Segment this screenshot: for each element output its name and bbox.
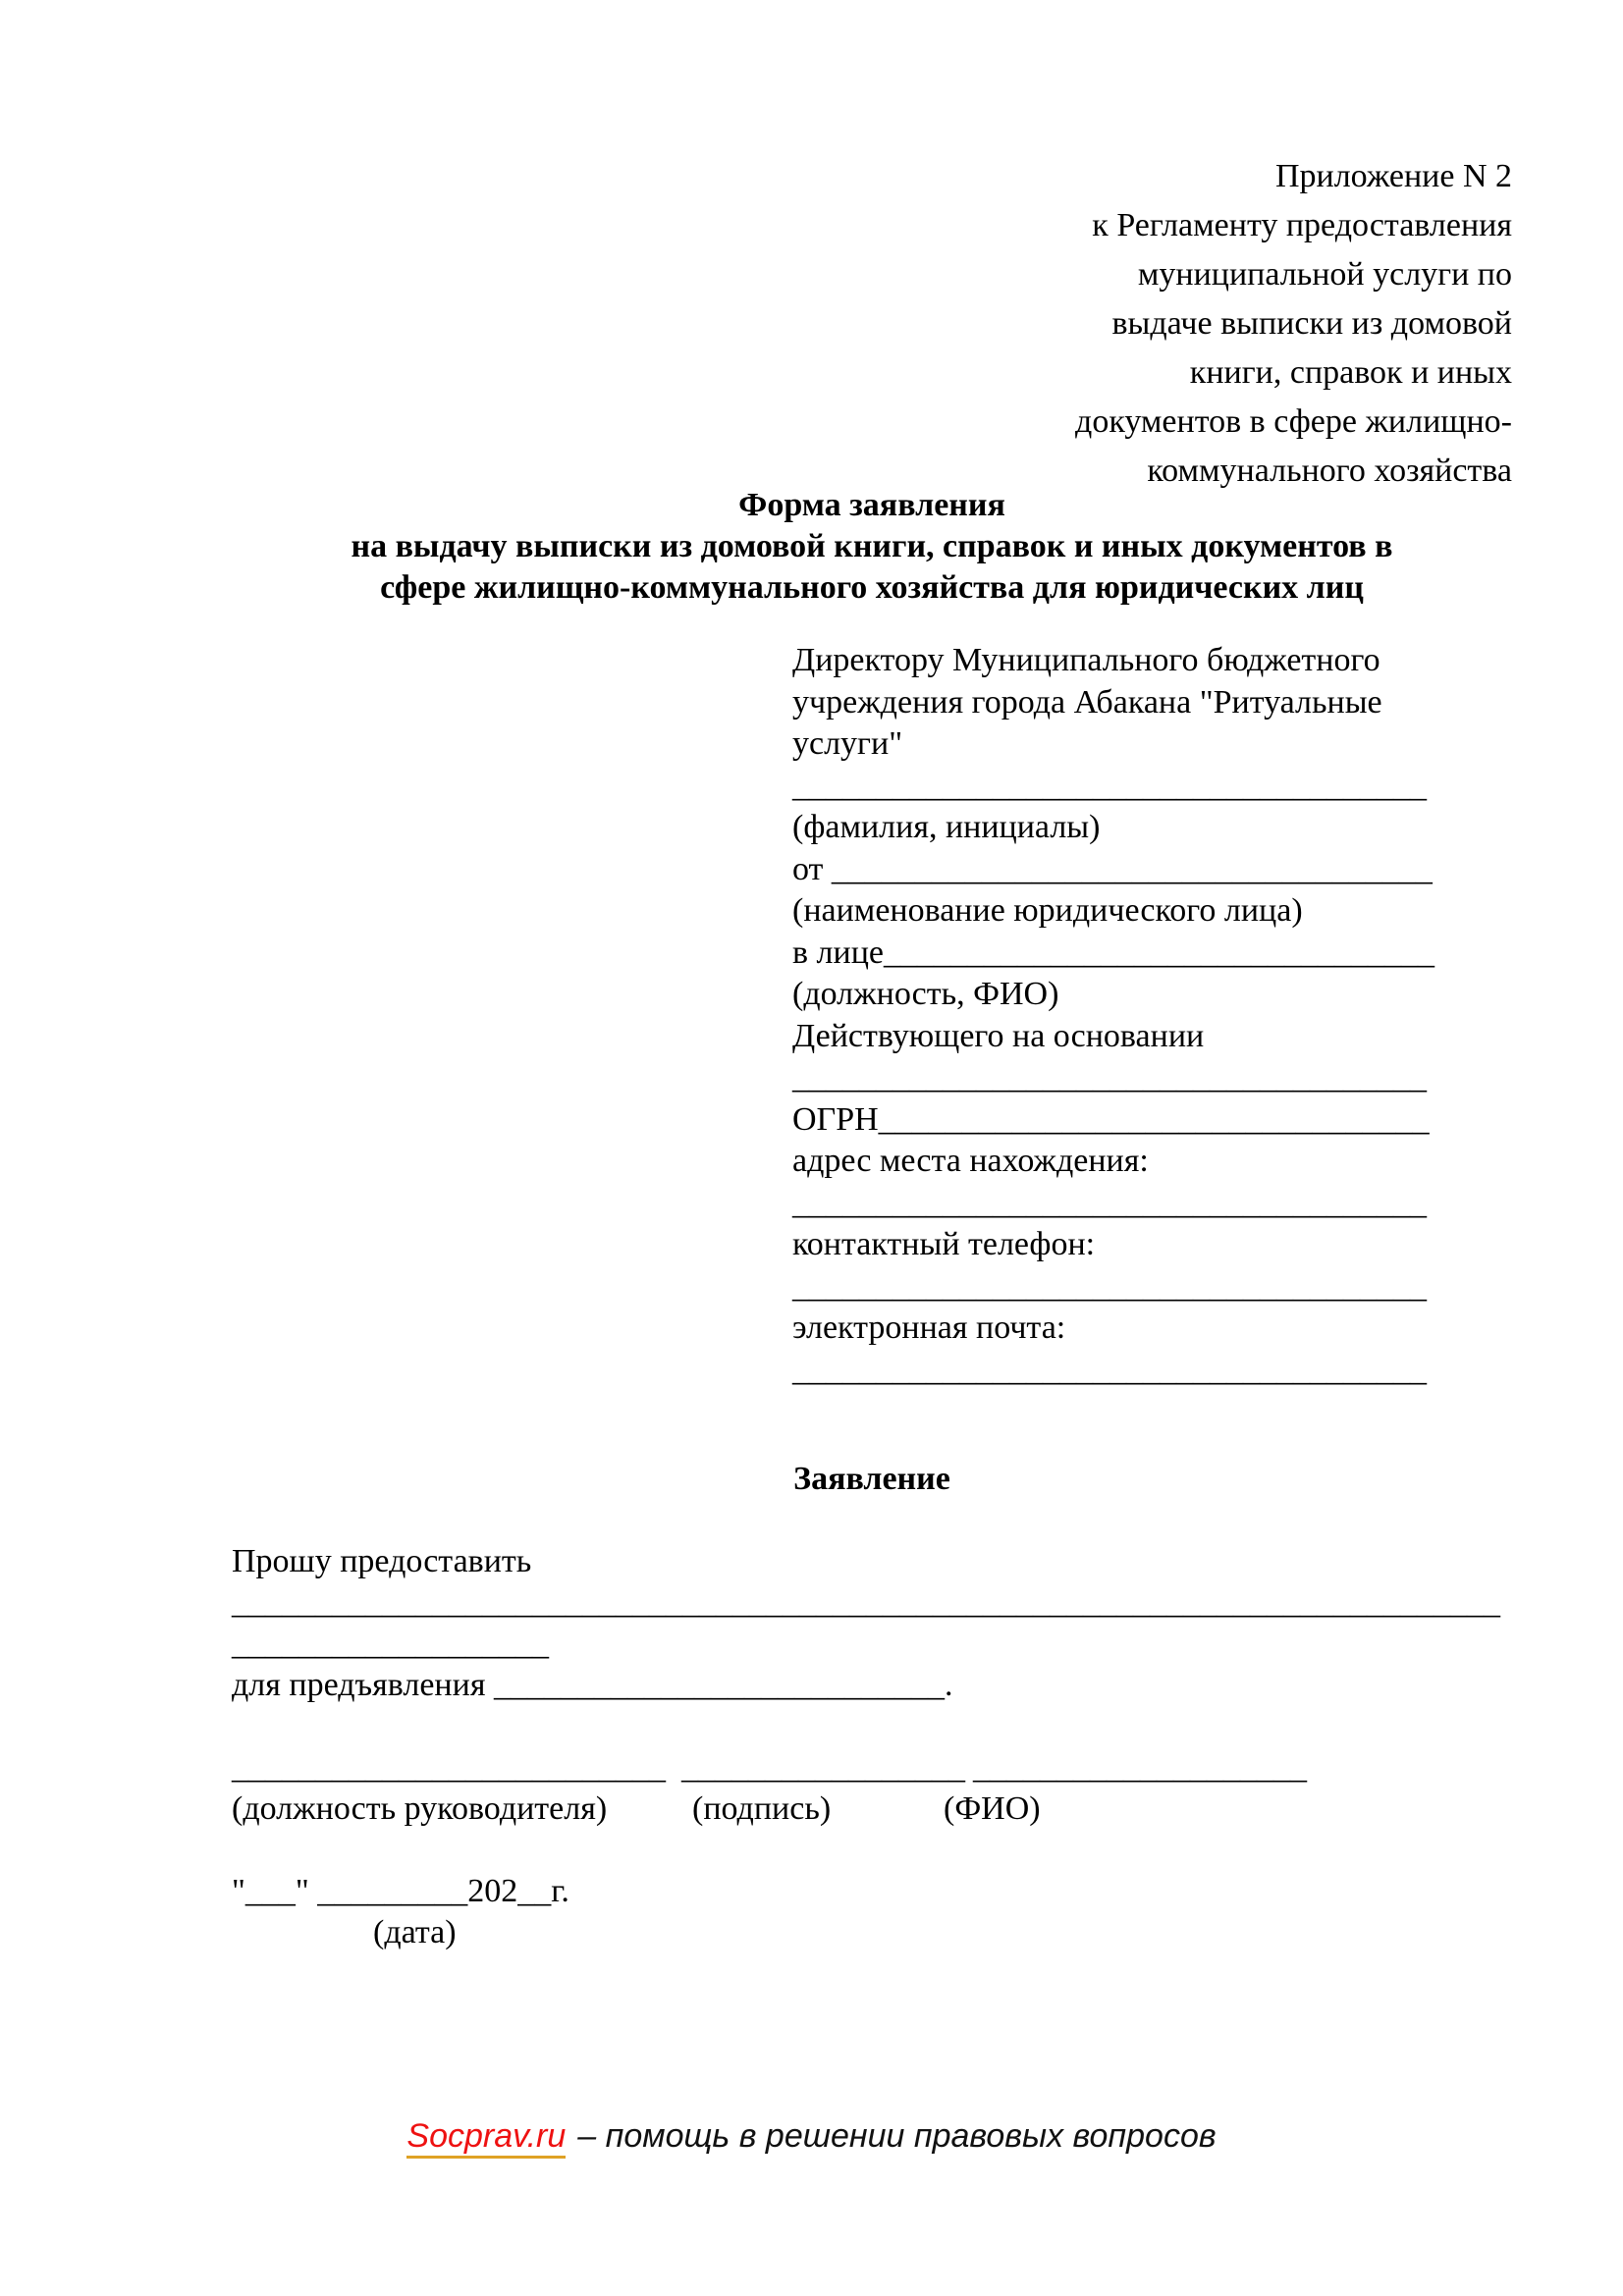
addressee-line: адрес места нахождения:: [792, 1141, 1434, 1183]
acting-basis-blank-line: ______________________________________: [792, 1057, 1434, 1099]
signature-labels-row: (должность руководителя) (подпись) (ФИО): [232, 1789, 1518, 1830]
phone-blank-line: ______________________________________: [792, 1266, 1434, 1308]
represented-by-blank-line: в лице_________________________________: [792, 933, 1434, 975]
footer-tagline: – помощь в решении правовых вопросов: [577, 2117, 1216, 2155]
fio-blank-line: ____________________: [973, 1747, 1307, 1789]
footer-brand-link[interactable]: Socprav.ru: [406, 2117, 566, 2159]
application-heading: Заявление: [232, 1459, 1512, 1500]
appendix-line: документов в сфере жилищно-: [1075, 398, 1512, 447]
request-label: Прошу предоставить: [232, 1541, 1518, 1582]
application-body: Прошу предоставить _____________________…: [232, 1541, 1518, 1953]
appendix-line: книги, справок и иных: [1075, 348, 1512, 398]
signature-lines-row: __________________________ _____________…: [232, 1747, 1518, 1789]
addressee-caption: (должность, ФИО): [792, 974, 1434, 1016]
spacer-row: [232, 1830, 1518, 1871]
ogrn-blank-line: ОГРН_________________________________: [792, 1099, 1434, 1142]
addressee-block: Директору Муниципального бюджетного учре…: [792, 640, 1434, 1391]
date-caption: (дата): [373, 1912, 1518, 1953]
request-blank-line-short: ___________________: [232, 1624, 1518, 1665]
signature-blank-line: _________________: [681, 1747, 965, 1789]
application-form-page: Приложение N 2 к Регламенту предоставлен…: [0, 0, 1623, 2296]
from-blank-line: от ____________________________________: [792, 849, 1434, 891]
form-title-line: Форма заявления: [232, 485, 1512, 526]
addressee-caption: (фамилия, инициалы): [792, 807, 1434, 849]
addressee-line: учреждения города Абакана "Ритуальные: [792, 682, 1434, 724]
date-blank-line: "___" _________202__г.: [232, 1871, 1518, 1912]
addressee-line: Директору Муниципального бюджетного: [792, 640, 1434, 682]
position-blank-line: __________________________: [232, 1747, 666, 1789]
fio-caption: (ФИО): [944, 1789, 1041, 1830]
surname-blank-line: ______________________________________: [792, 766, 1434, 808]
addressee-line: контактный телефон:: [792, 1224, 1434, 1266]
form-title-line: сфере жилищно-коммунального хозяйства дл…: [232, 567, 1512, 609]
address-blank-line: ______________________________________: [792, 1183, 1434, 1225]
form-title-line: на выдачу выписки из домовой книги, спра…: [232, 526, 1512, 567]
email-blank-line: ______________________________________: [792, 1350, 1434, 1392]
appendix-line: к Регламенту предоставления: [1075, 201, 1512, 250]
footer: Socprav.ru– помощь в решении правовых во…: [0, 2112, 1623, 2160]
appendix-reference-block: Приложение N 2 к Регламенту предоставлен…: [1075, 152, 1512, 496]
addressee-line: услуги": [792, 723, 1434, 766]
appendix-line: Приложение N 2: [1075, 152, 1512, 201]
position-caption: (должность руководителя): [232, 1789, 607, 1830]
appendix-line: выдаче выписки из домовой: [1075, 299, 1512, 348]
addressee-line: Действующего на основании: [792, 1016, 1434, 1058]
spacer-row: [232, 1706, 1518, 1747]
addressee-line: электронная почта:: [792, 1308, 1434, 1350]
addressee-caption: (наименование юридического лица): [792, 890, 1434, 933]
appendix-line: муниципальной услуги по: [1075, 250, 1512, 299]
form-title: Форма заявления на выдачу выписки из дом…: [232, 485, 1512, 609]
request-blank-line-full: ________________________________________…: [232, 1582, 1518, 1624]
signature-caption: (подпись): [692, 1789, 831, 1830]
presentation-blank-line: для предъявления _______________________…: [232, 1665, 1518, 1706]
